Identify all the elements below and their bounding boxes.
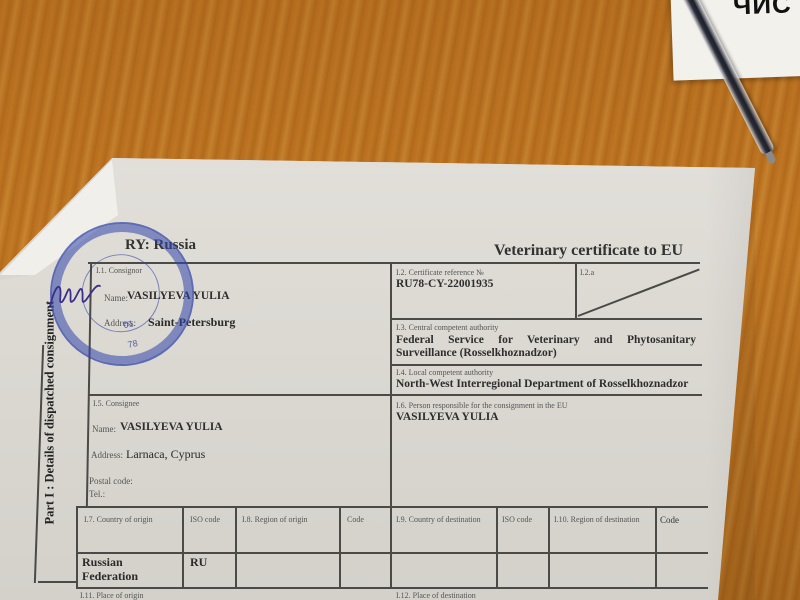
consignee-name-label: Name: <box>92 424 116 434</box>
central-authority-line-1: Federal Service for Veterinary and Phyto… <box>396 334 696 346</box>
table-col-line-4 <box>496 506 498 588</box>
consignee-label: I.5. Consignee <box>93 399 139 408</box>
consignee-postal-label: Postal code: <box>89 476 133 486</box>
line-after-ref <box>390 318 702 320</box>
field-2a-label: I.2.a <box>580 268 594 277</box>
field-2a-divider <box>575 262 577 319</box>
line-table-bottom <box>76 587 708 589</box>
destination-code-header: Code <box>660 515 679 525</box>
center-divider-line <box>390 262 392 587</box>
country-of-origin-header: I.7. Country of origin <box>84 515 179 524</box>
part-1-vertical-label: Part I : Details of dispatched consignme… <box>43 345 58 525</box>
local-authority-label: I.4. Local competent authority <box>396 368 493 377</box>
certificate-reference-number: RU78-CY-22001935 <box>396 278 493 290</box>
consignee-address-label: Address: <box>91 450 123 460</box>
handwritten-signature <box>48 280 108 310</box>
consignee-name: VASILYEVA YULIA <box>120 421 223 433</box>
responsible-person-label: I.6. Person responsible for the consignm… <box>396 401 568 410</box>
central-authority-label: I.3. Central competent authority <box>396 323 498 332</box>
region-of-origin-header: I.8. Region of origin <box>242 515 308 524</box>
region-of-destination-header: I.10. Region of destination <box>554 515 649 524</box>
place-of-origin-label: I.11. Place of origin <box>80 591 143 600</box>
origin-code-header: Code <box>347 515 364 524</box>
certificate-reference-label: I.2. Certificate reference № <box>396 268 484 277</box>
country-of-origin-value: Russian Federation <box>82 555 177 583</box>
line-table-mid <box>76 552 708 554</box>
local-authority-value: North-West Interregional Department of R… <box>396 378 688 390</box>
table-col-line-2 <box>235 506 237 588</box>
part-column-bottom-line <box>38 581 78 583</box>
place-of-destination-label: I.12. Place of destination <box>396 591 476 600</box>
table-left-line <box>76 506 78 588</box>
table-col-line-6 <box>655 506 657 588</box>
country-of-destination-header: I.9. Country of destination <box>396 515 491 524</box>
certificate-title: Veterinary certificate to EU <box>494 242 683 260</box>
central-authority-line-2: Surveillance (Rosselkhoznadzor) <box>396 347 557 359</box>
line-after-central <box>390 364 702 366</box>
responsible-person-name: VASILYEVA YULIA <box>396 411 499 423</box>
line-table-top <box>76 506 708 508</box>
table-col-line-5 <box>548 506 550 588</box>
table-col-line-3 <box>339 506 341 588</box>
origin-iso-code-header: ISO code <box>190 515 220 524</box>
origin-iso-code-value: RU <box>190 555 207 570</box>
veterinary-certificate: RY: Russia Veterinary certificate to EU … <box>0 0 800 600</box>
line-after-local <box>88 394 702 396</box>
table-col-line-1 <box>182 506 184 588</box>
consignee-address: Larnaca, Cyprus <box>126 447 205 462</box>
consignee-tel-label: Tel.: <box>89 489 105 499</box>
destination-iso-code-header: ISO code <box>502 515 532 524</box>
